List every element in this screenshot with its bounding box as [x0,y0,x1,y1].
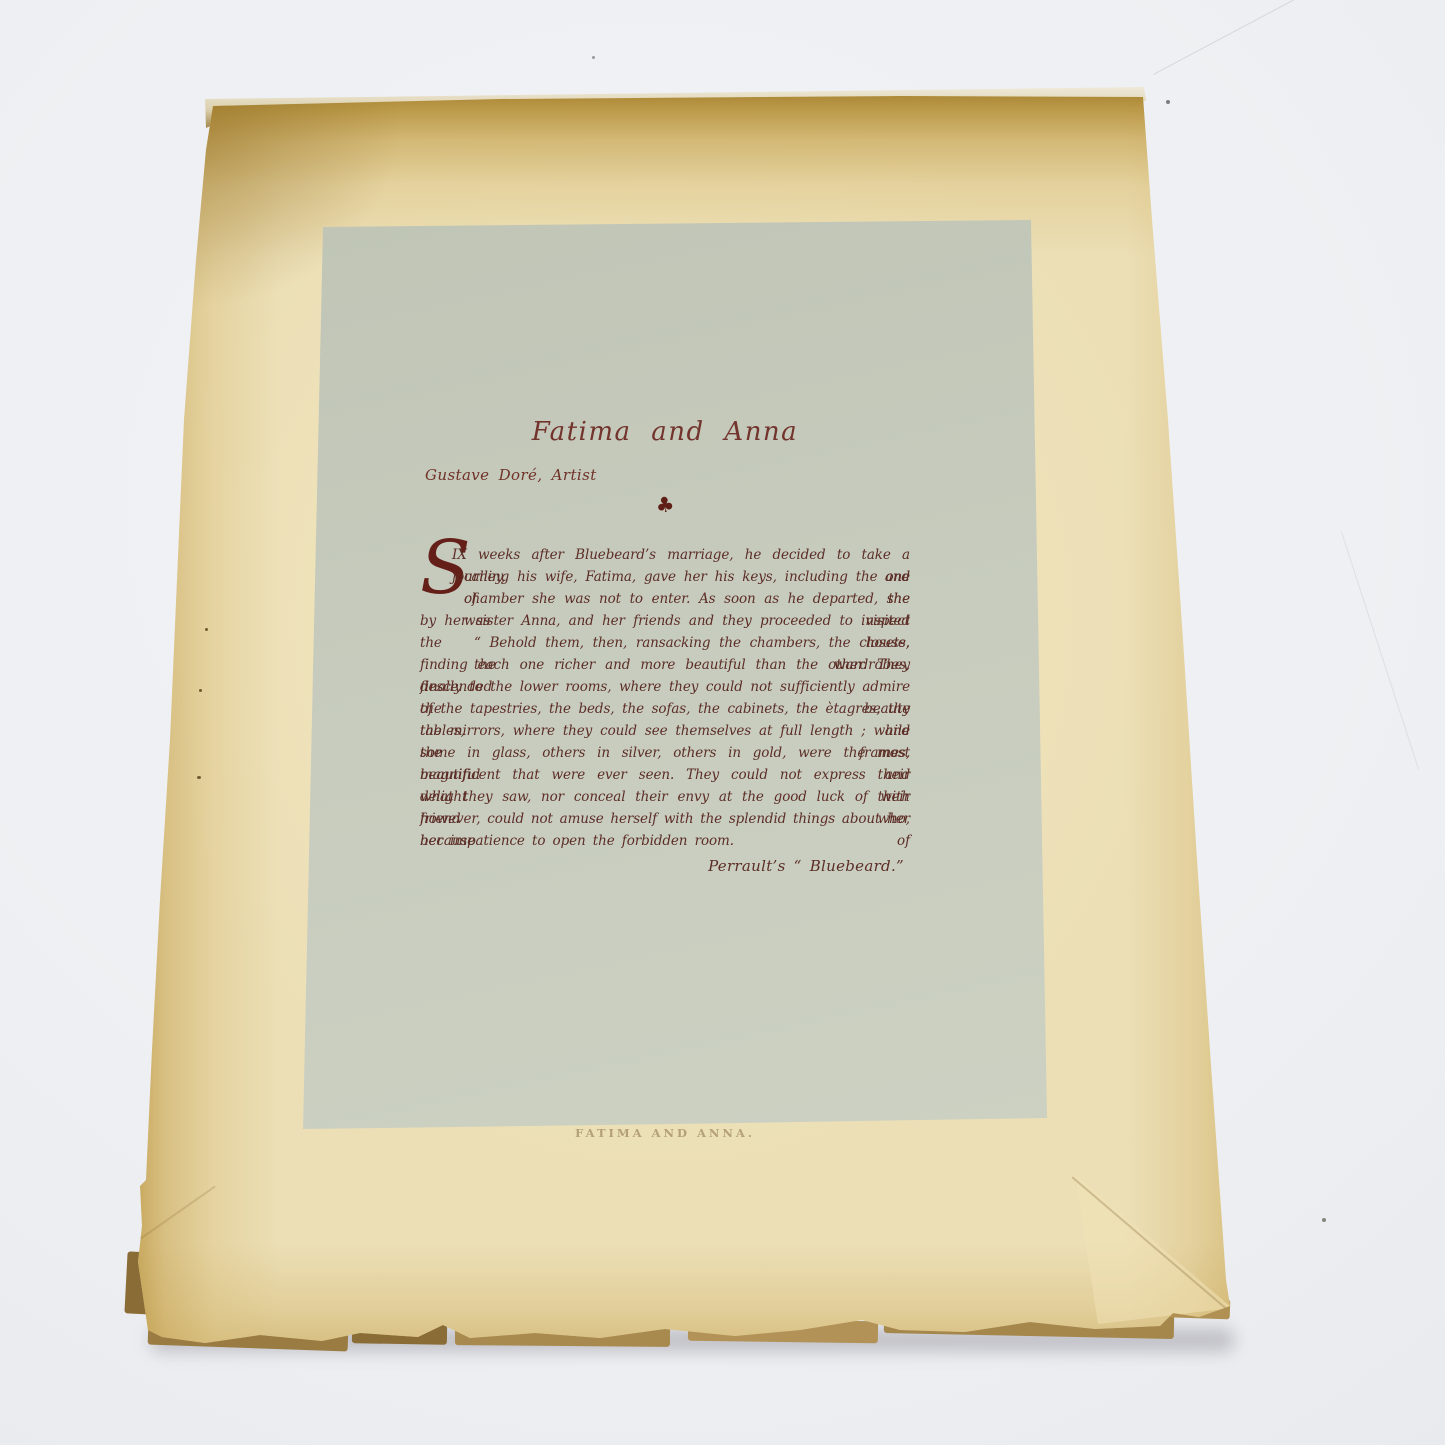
backdrop-speck [592,56,595,59]
body-line: what they saw, nor conceal their envy at… [420,786,910,808]
body-line: her impatience to open the forbidden roo… [420,830,910,852]
photograph-of-antique-page: Fatima and Anna Gustave Doré, Artist ♣ S… [0,0,1445,1445]
body-line: however, could not amuse herself with th… [420,808,910,830]
plate-caption: FATIMA AND ANNA. [420,1126,910,1140]
backdrop-crease [1341,531,1419,769]
body-line: the mirrors, where they could see themse… [420,720,910,742]
backdrop-crease [1153,0,1357,75]
corner-fold-crease [139,1185,216,1239]
paper-speck [197,776,201,779]
body-line: some in glass, others in silver, others … [420,742,910,764]
attribution: Perrault’s “ Bluebeard.” [420,856,904,876]
page-title: Fatima and Anna [420,417,910,447]
body-line: of the tapestries, the beds, the sofas, … [420,698,910,720]
body-line: “ Behold them, then, ransacking the cham… [420,632,910,654]
body-line: finally to the lower rooms, where they c… [420,676,910,698]
body-line: IX weeks after Bluebeard’s marriage, he … [420,544,910,566]
body-line: chamber she was not to enter. As soon as… [420,588,910,610]
body-line: finding each one richer and more beautif… [420,654,910,676]
body-line: by her sister Anna, and her friends and … [420,610,910,632]
backdrop-speck [1322,1218,1326,1222]
body-line: calling his wife, Fatima, gave her his k… [420,566,910,588]
body-line: magnificent that were ever seen. They co… [420,764,910,786]
body-text: S IX weeks after Bluebeard’s marriage, h… [420,544,910,852]
paper-speck [199,689,202,692]
backdrop-speck [1166,100,1170,104]
paper-speck [205,628,208,631]
aged-paper-sheet: Fatima and Anna Gustave Doré, Artist ♣ S… [130,86,1235,1348]
